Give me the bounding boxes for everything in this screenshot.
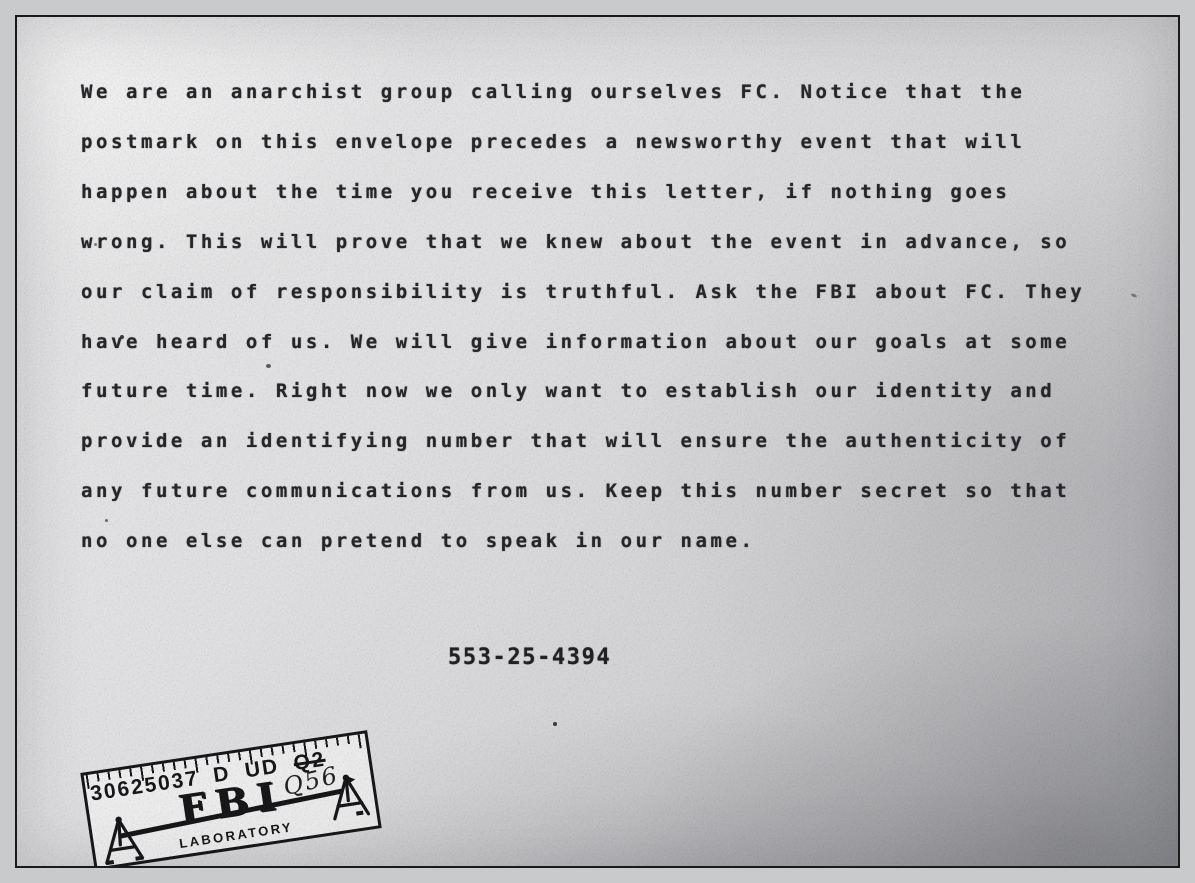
- identifier-number: 553-25-4394: [448, 645, 611, 670]
- screenshot-root: { "document": { "letter_lines": [ "We ar…: [0, 0, 1195, 883]
- paper-speck: [105, 519, 108, 522]
- letter-line: no one else can pretend to speak in our …: [81, 517, 1085, 567]
- letter-line: happen about the time you receive this l…: [81, 168, 1085, 218]
- letter-line: We are an anarchist group calling oursel…: [81, 68, 1085, 118]
- fbi-laboratory-stamp: 30625037 D UD Q2 Q56 FBI LABORATORY: [80, 730, 381, 868]
- tripod-icon: [95, 811, 148, 867]
- letter-line: any future communications from us. Keep …: [81, 467, 1085, 517]
- letter-line: wrong. This will prove that we knew abou…: [81, 218, 1085, 268]
- paper-speck: [553, 722, 557, 726]
- paper-speck: [1131, 293, 1138, 298]
- letter-line: provide an identifying number that will …: [81, 417, 1085, 467]
- letter-line: have heard of us. We will give informati…: [81, 318, 1085, 368]
- letter-line: our claim of responsibility is truthful.…: [81, 268, 1085, 318]
- typewritten-letter-text: We are an anarchist group calling oursel…: [81, 68, 1085, 567]
- paper-speck: [120, 335, 124, 339]
- scanned-letter-photo: We are an anarchist group calling oursel…: [15, 15, 1180, 868]
- letter-line: postmark on this envelope precedes a new…: [81, 118, 1085, 168]
- paper-speck: [266, 364, 271, 368]
- paper-speck: [94, 243, 97, 246]
- tripod-icon: [324, 770, 373, 824]
- letter-line: future time. Right now we only want to e…: [81, 367, 1085, 417]
